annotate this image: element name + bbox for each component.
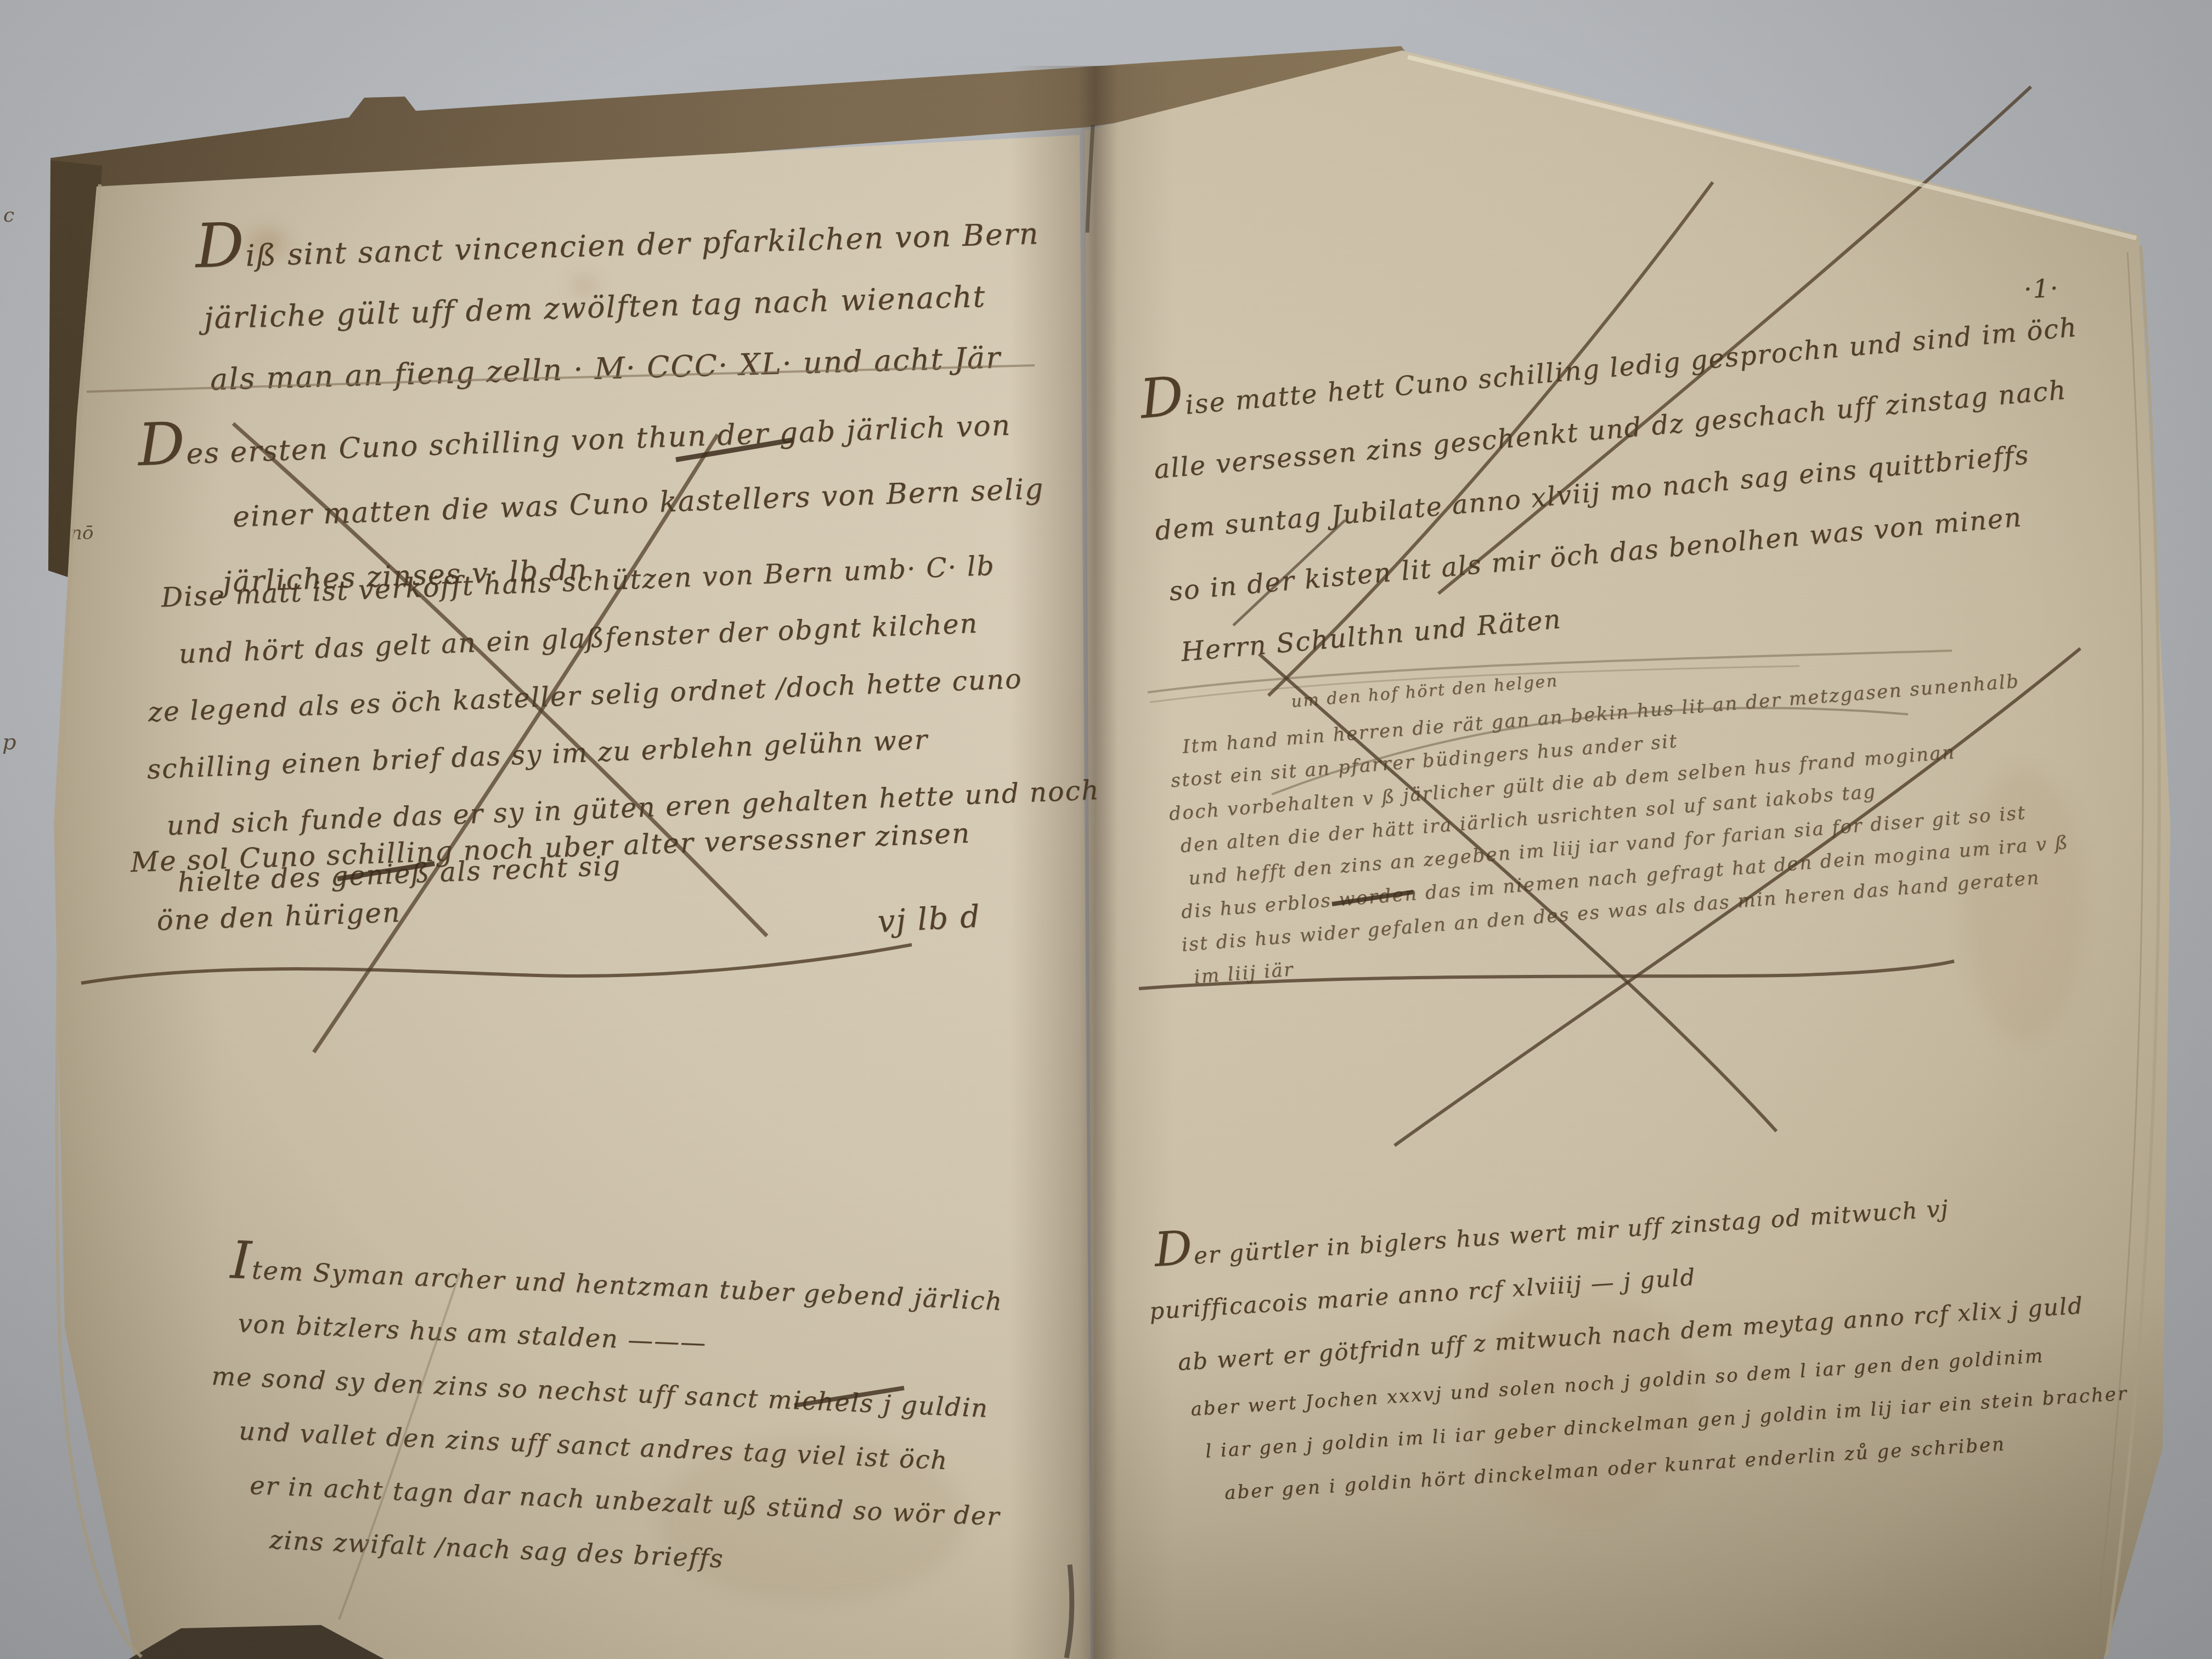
left-entry4-block: Item Syman archer und hentzman tuber geb… <box>218 1241 1010 1597</box>
manuscript-photo: Diß sint sanct vincencien der pfarkilche… <box>0 0 2212 1659</box>
right-entry2-block: Der gürtler in biglers hus wert mir uff … <box>1153 1172 2132 1518</box>
margin-note-p: p <box>2 730 16 755</box>
left-heading-block: Diß sint sanct vincencien der pfarkilche… <box>195 200 1043 411</box>
margin-note-no: nō <box>70 522 93 544</box>
amount-vj-lb-d: vj lb d <box>877 899 981 940</box>
margin-note-c: c <box>3 204 14 227</box>
